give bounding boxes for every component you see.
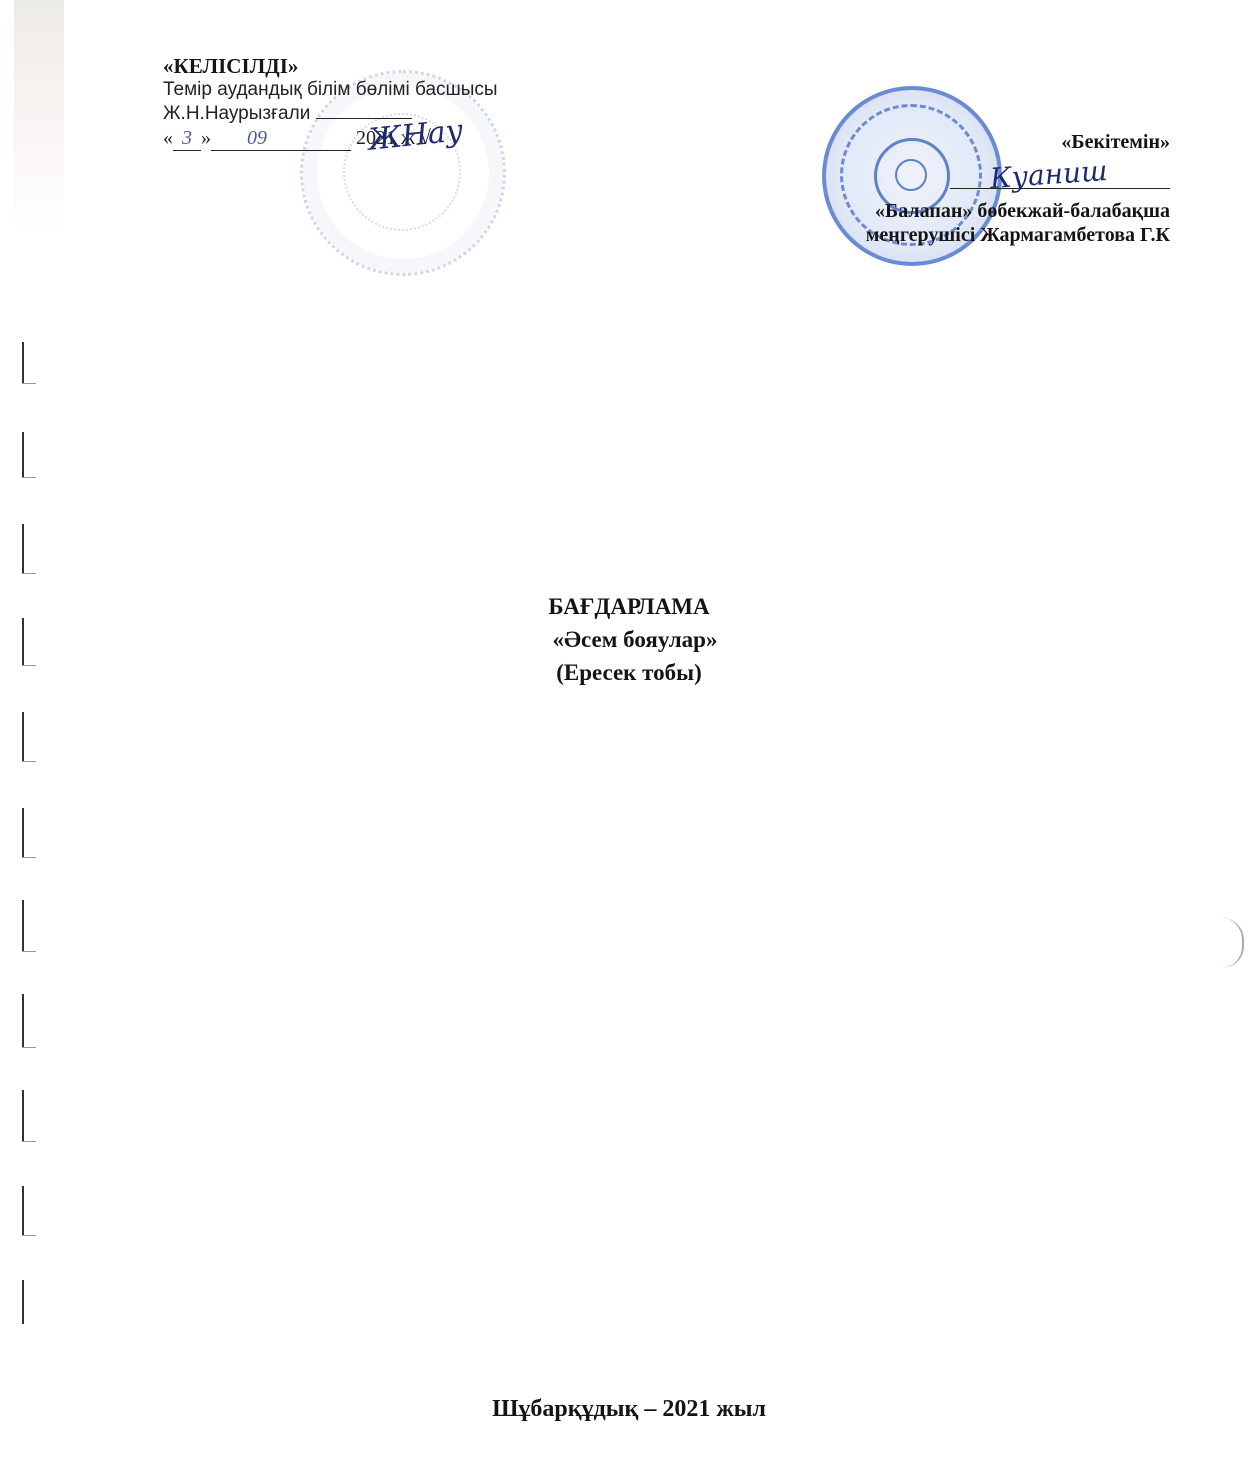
binding-mark [22,1186,38,1236]
date-close-quote: » [201,127,211,149]
date-open-quote: « [163,127,173,149]
binding-mark [22,808,38,858]
agreed-name: Ж.Н.Наурызғали [163,103,310,124]
scan-edge-shadow [14,0,64,230]
approved-head-name: меңгерушісі Жармагамбетова Г.К [866,223,1170,247]
title-name: «Әсем бояулар» [0,623,1258,656]
binding-mark [22,900,38,952]
binding-mark [22,524,38,574]
binding-mark [22,712,38,762]
binding-mark [22,432,38,478]
footer-place-year: Шұбарқұдық – 2021 жыл [0,1396,1258,1423]
binding-mark [22,1280,38,1324]
agreed-position: Темір аудандық білім бөлімі басшысы [163,78,498,102]
title-group: (Ересек тобы) [0,656,1258,689]
binding-mark [22,994,38,1048]
agreed-heading: «КЕЛІСІЛДІ» [163,54,498,78]
binding-mark [22,342,38,384]
document-title: БАҒДАРЛАМА «Әсем бояулар» (Ересек тобы) [0,590,1258,689]
title-program: БАҒДАРЛАМА [0,590,1258,623]
date-month: 09 [211,126,351,151]
approved-org: «Балапан» бөбекжай-балабақша [866,199,1170,223]
binding-mark [22,1090,38,1142]
scan-bracket-mark [1222,918,1244,968]
approved-heading: «Бекітемін» [866,130,1170,154]
date-day: 3 [173,126,201,151]
